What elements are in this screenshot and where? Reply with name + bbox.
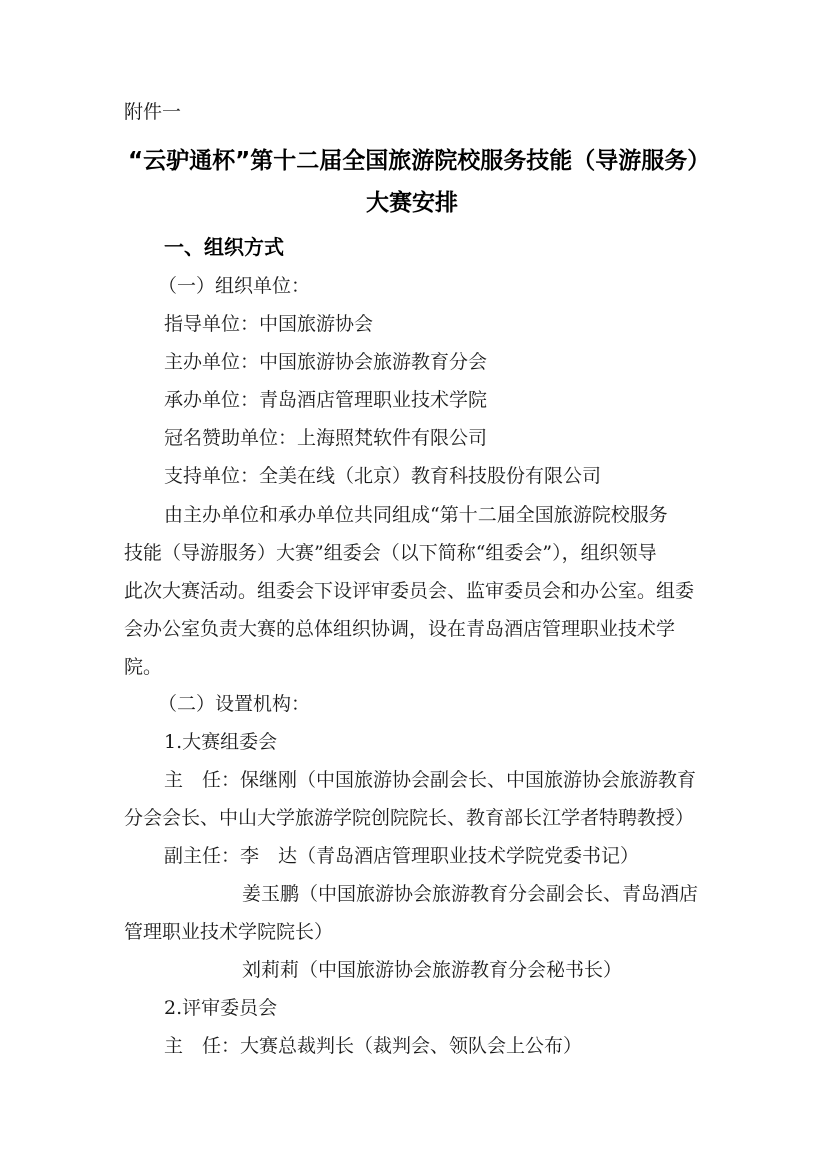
unit-row: 指导单位：中国旅游协会 xyxy=(164,312,373,336)
unit-label: 支持单位： xyxy=(164,465,259,487)
paragraph-line: 技能（导游服务）大赛”组委会（以下简称“组委会”），组织领导 xyxy=(124,541,657,565)
director-label: 任： xyxy=(202,769,240,791)
director-row: 主任：大赛总裁判长（裁判会、领队会上公布） xyxy=(164,1034,582,1058)
unit-row: 冠名赞助单位：上海照梵软件有限公司 xyxy=(164,426,487,450)
subsection-heading: （二）设置机构： xyxy=(158,692,310,716)
deputy-continuation: 管理职业技术学院院长） xyxy=(124,920,333,944)
unit-value: 上海照梵软件有限公司 xyxy=(297,427,487,449)
unit-row: 支持单位：全美在线（北京）教育科技股份有限公司 xyxy=(164,464,601,488)
deputy-label: 副主任： xyxy=(164,845,240,867)
document-title-line2: 大赛安排 xyxy=(366,188,458,218)
director-label: 主 xyxy=(164,769,183,791)
paragraph-line: 会办公室负责大赛的总体组织协调，设在青岛酒店管理职业技术学 xyxy=(124,617,675,641)
unit-row: 承办单位：青岛酒店管理职业技术学院 xyxy=(164,388,487,412)
document-page: 附件一 “云驴通杯”第十二届全国旅游院校服务技能（导游服务） 大赛安排 一、组织… xyxy=(0,0,826,1169)
unit-value: 青岛酒店管理职业技术学院 xyxy=(259,389,487,411)
paragraph-line: 院。 xyxy=(124,655,162,679)
committee-heading: 2.评审委员会 xyxy=(164,996,277,1020)
unit-row: 主办单位：中国旅游协会旅游教育分会 xyxy=(164,350,487,374)
director-row: 主任：保继刚（中国旅游协会副会长、中国旅游协会旅游教育 xyxy=(164,768,696,792)
unit-label: 指导单位： xyxy=(164,313,259,335)
deputy-row: 刘莉莉（中国旅游协会旅游教育分会秘书长） xyxy=(242,958,622,982)
unit-label: 承办单位： xyxy=(164,389,259,411)
paragraph-line: 由主办单位和承办单位共同组成“第十二届全国旅游院校服务 xyxy=(164,503,668,527)
director-value: 保继刚（中国旅游协会副会长、中国旅游协会旅游教育 xyxy=(240,769,696,791)
director-label: 主 xyxy=(164,1035,183,1057)
director-value: 大赛总裁判长（裁判会、领队会上公布） xyxy=(240,1035,582,1057)
section-heading: 一、组织方式 xyxy=(164,235,284,259)
deputy-row: 副主任：李达（青岛酒店管理职业技术学院党委书记） xyxy=(164,844,639,868)
unit-label: 冠名赞助单位： xyxy=(164,427,297,449)
deputy-value: 达（青岛酒店管理职业技术学院党委书记） xyxy=(278,845,639,867)
deputy-row: 姜玉鹏（中国旅游协会旅游教育分会副会长、青岛酒店 xyxy=(242,882,698,906)
deputy-name: 李 xyxy=(240,845,259,867)
director-continuation: 分会会长、中山大学旅游学院创院院长、教育部长江学者特聘教授） xyxy=(124,806,694,830)
subsection-heading: （一）组织单位： xyxy=(158,274,310,298)
director-label: 任： xyxy=(202,1035,240,1057)
document-title-line1: “云驴通杯”第十二届全国旅游院校服务技能（导游服务） xyxy=(128,146,710,176)
unit-value: 中国旅游协会旅游教育分会 xyxy=(259,351,487,373)
unit-value: 中国旅游协会 xyxy=(259,313,373,335)
committee-heading: 1.大赛组委会 xyxy=(164,730,277,754)
paragraph-line: 此次大赛活动。组委会下设评审委员会、监审委员会和办公室。组委 xyxy=(124,579,694,603)
attachment-label: 附件一 xyxy=(124,100,181,124)
unit-label: 主办单位： xyxy=(164,351,259,373)
unit-value: 全美在线（北京）教育科技股份有限公司 xyxy=(259,465,601,487)
